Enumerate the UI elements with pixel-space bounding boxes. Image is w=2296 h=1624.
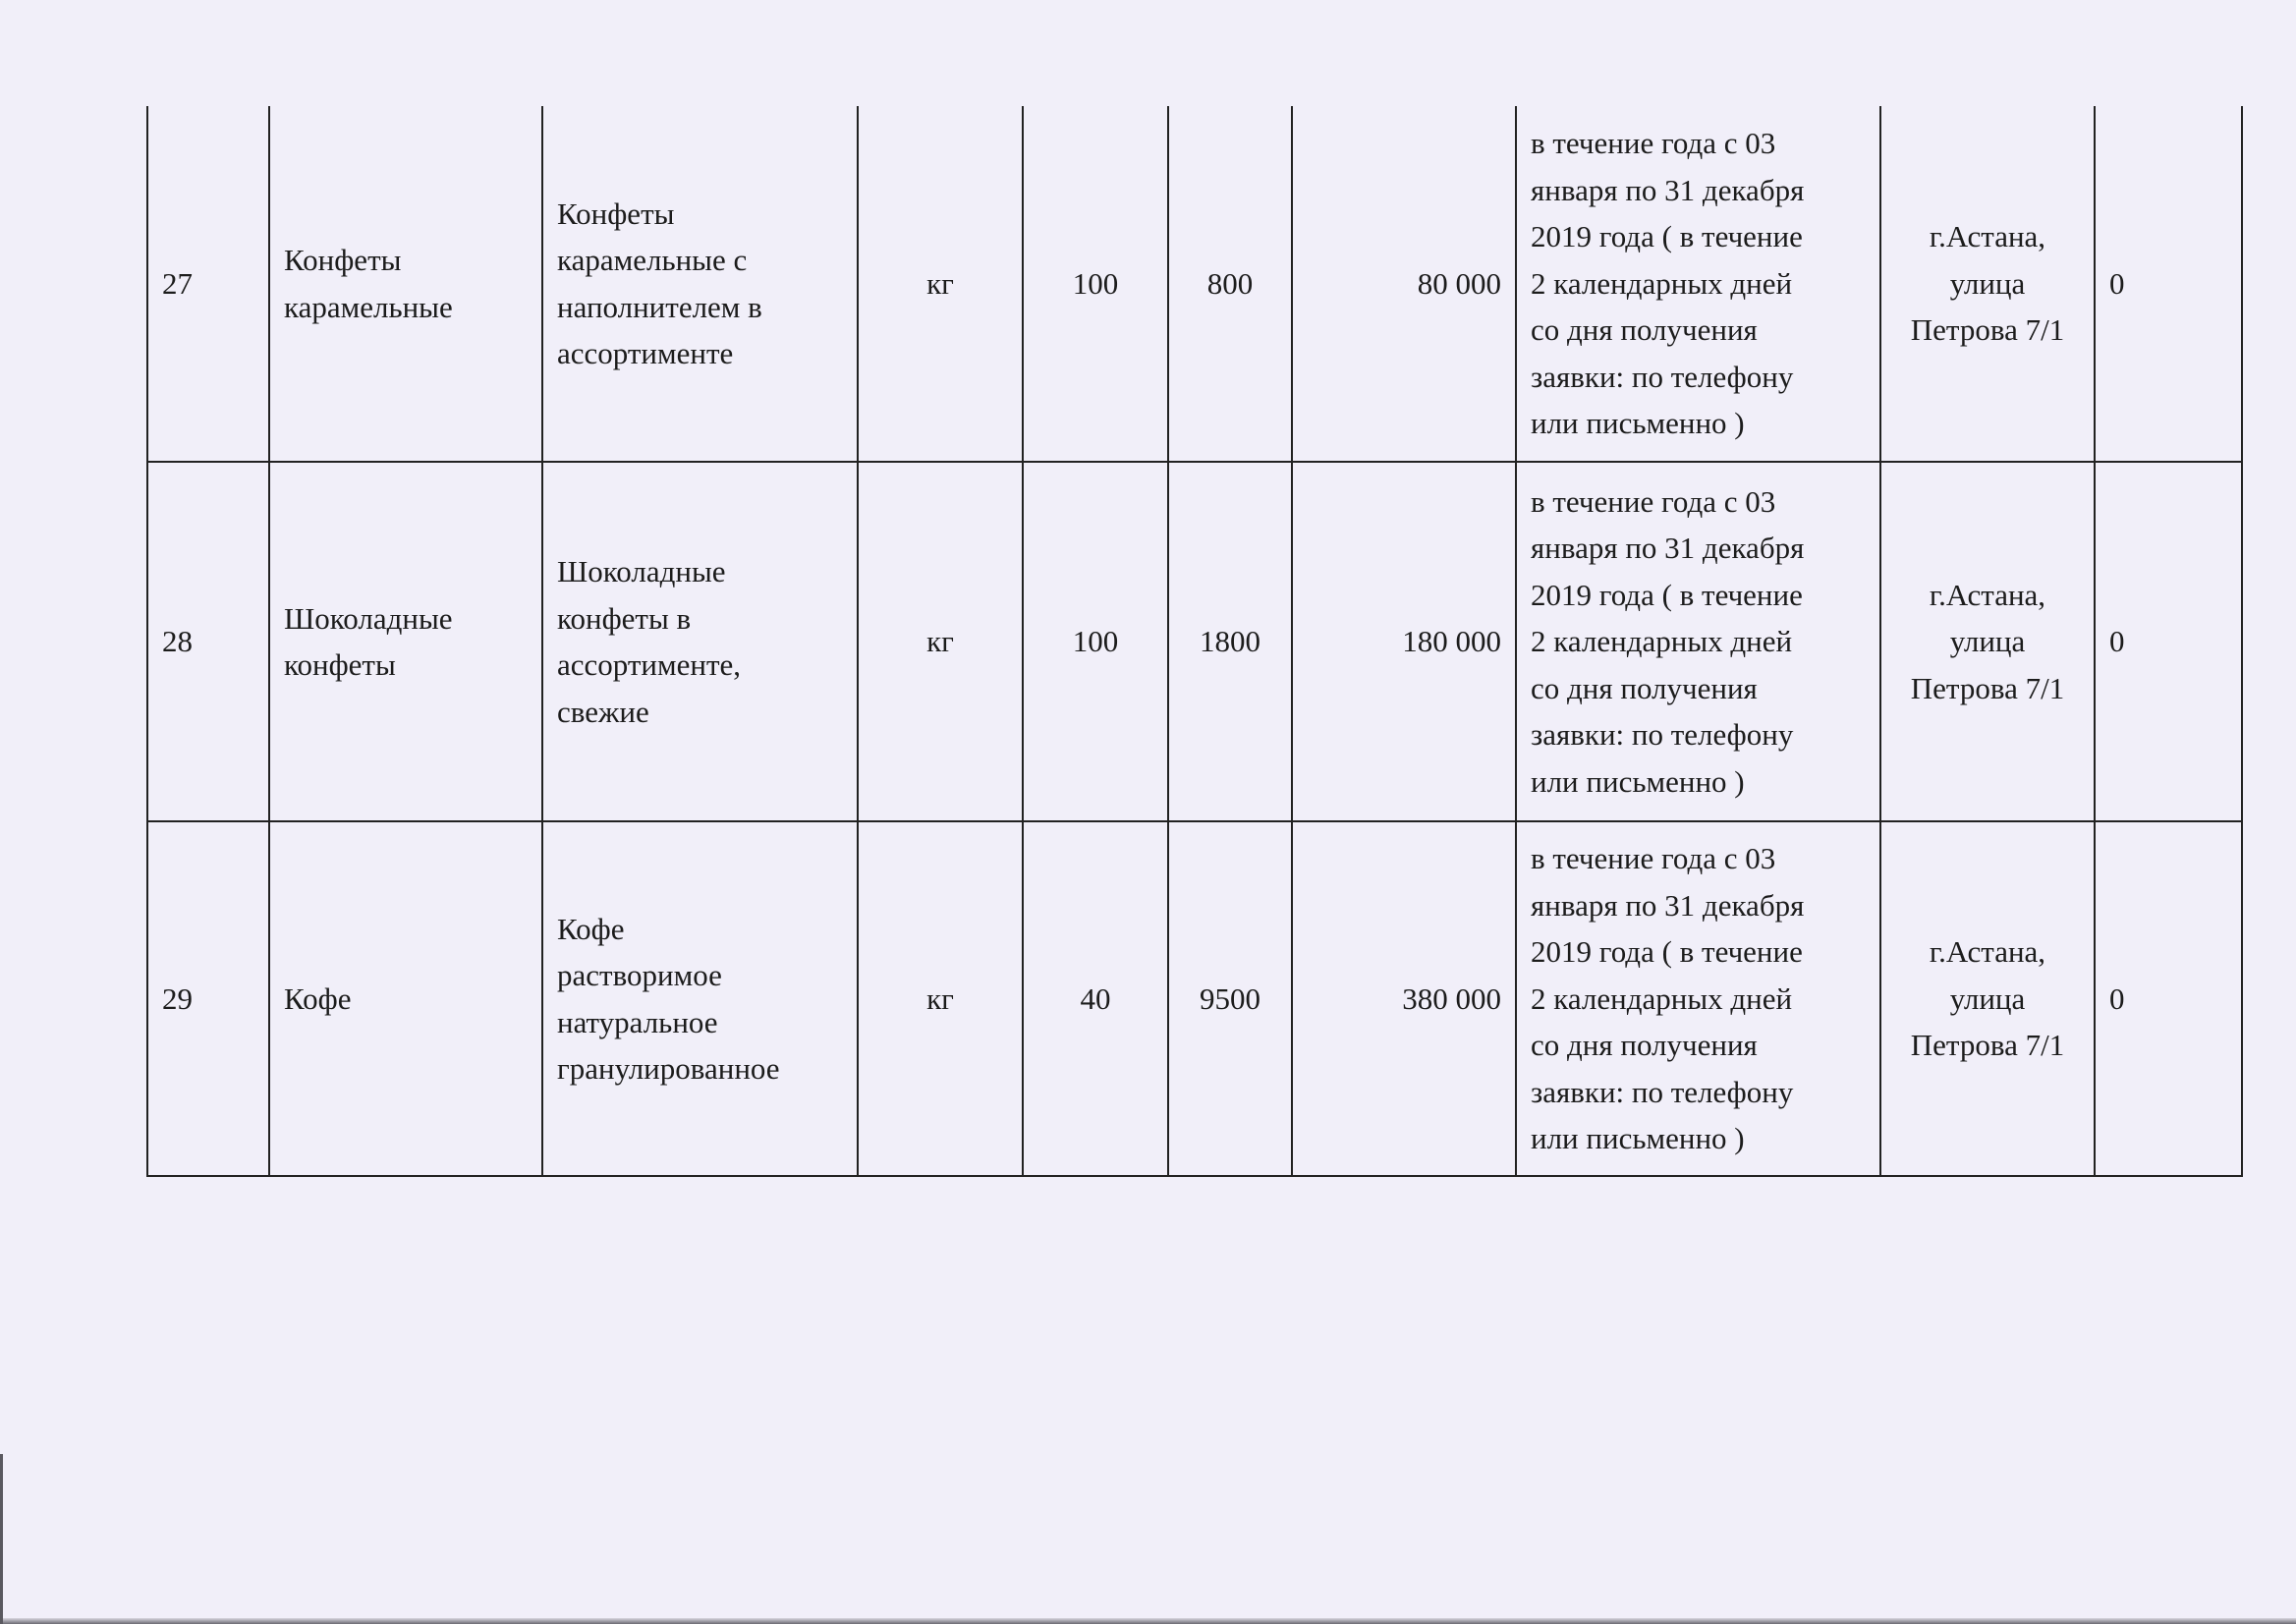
item-sum: 180 000 <box>1292 462 1516 821</box>
delivery-term: в течение года с 03 января по 31 декабря… <box>1516 462 1880 821</box>
table-row: 29 Кофе Кофе растворимое натуральное гра… <box>147 821 2242 1176</box>
delivery-term: в течение года с 03 января по 31 декабря… <box>1516 821 1880 1176</box>
delivery-term: в течение года с 03 января по 31 декабря… <box>1516 106 1880 462</box>
advance-payment: 0 <box>2095 821 2242 1176</box>
item-price: 800 <box>1168 106 1292 462</box>
procurement-table: 27 Конфеты карамельные Конфеты карамельн… <box>146 106 2243 1177</box>
item-quantity: 40 <box>1023 821 1168 1176</box>
delivery-place: г.Астана, улица Петрова 7/1 <box>1880 106 2095 462</box>
table-row: 27 Конфеты карамельные Конфеты карамельн… <box>147 106 2242 462</box>
table-row: 28 Шоколадные конфеты Шоколадные конфеты… <box>147 462 2242 821</box>
item-name: Конфеты карамельные <box>269 106 542 462</box>
item-unit: кг <box>858 462 1023 821</box>
item-sum: 380 000 <box>1292 821 1516 1176</box>
row-number: 28 <box>147 462 269 821</box>
item-unit: кг <box>858 821 1023 1176</box>
item-unit: кг <box>858 106 1023 462</box>
delivery-place: г.Астана, улица Петрова 7/1 <box>1880 821 2095 1176</box>
row-number: 29 <box>147 821 269 1176</box>
item-description: Конфеты карамельные с наполнителем в асс… <box>542 106 858 462</box>
item-name: Шоколадные конфеты <box>269 462 542 821</box>
row-number: 27 <box>147 106 269 462</box>
item-description: Кофе растворимое натуральное гранулирова… <box>542 821 858 1176</box>
advance-payment: 0 <box>2095 462 2242 821</box>
item-sum: 80 000 <box>1292 106 1516 462</box>
item-quantity: 100 <box>1023 462 1168 821</box>
item-name: Кофе <box>269 821 542 1176</box>
scan-edge-left-shadow <box>0 1454 3 1624</box>
item-price: 9500 <box>1168 821 1292 1176</box>
item-price: 1800 <box>1168 462 1292 821</box>
item-description: Шоколадные конфеты в ассортименте, свежи… <box>542 462 858 821</box>
delivery-place: г.Астана, улица Петрова 7/1 <box>1880 462 2095 821</box>
advance-payment: 0 <box>2095 106 2242 462</box>
item-quantity: 100 <box>1023 106 1168 462</box>
scan-edge-shadow <box>0 1618 2296 1624</box>
